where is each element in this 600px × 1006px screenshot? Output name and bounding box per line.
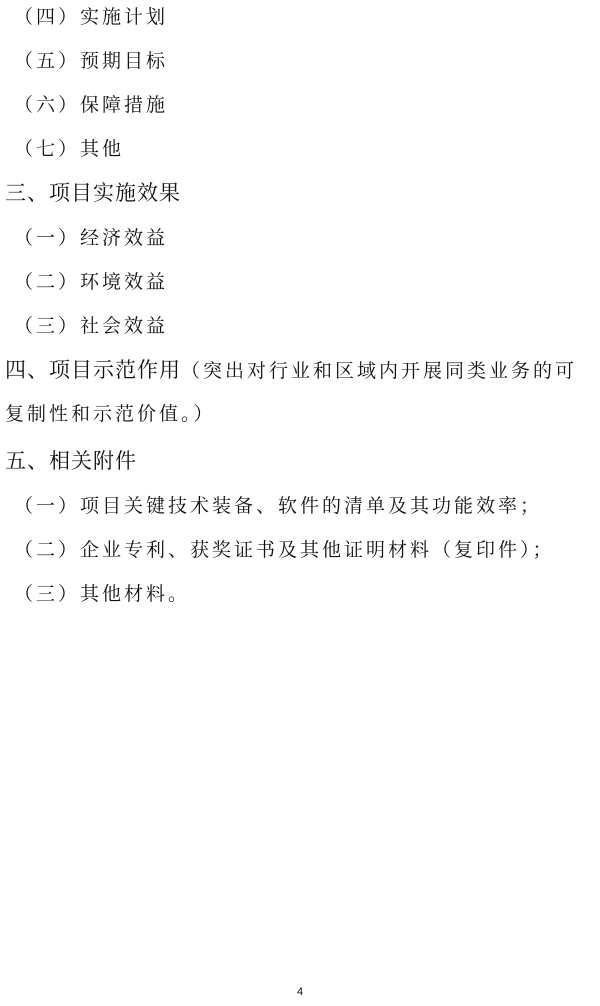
section-heading-attachments: 五、相关附件 [5, 449, 137, 473]
subsection-safeguards: （六）保障措施 [14, 93, 168, 117]
section-heading-note: （突出对行业和区域内开展同类业务的可 [181, 360, 577, 382]
attachment-item-equipment-list: （一）项目关键技术装备、软件的清单及其功能效率； [14, 494, 542, 518]
attachment-item-other-materials: （三）其他材料。 [14, 582, 190, 606]
section-heading-implementation-effects: 三、项目实施效果 [5, 181, 181, 205]
subsection-environmental-benefits: （二）环境效益 [14, 270, 168, 294]
section-heading-demonstration-role: 四、项目示范作用（突出对行业和区域内开展同类业务的可 [5, 358, 577, 383]
section-note-continuation: 复制性和示范价值。） [5, 402, 216, 426]
page-number: 4 [0, 986, 600, 998]
section-heading-text: 四、项目示范作用 [5, 358, 181, 382]
subsection-other: （七）其他 [14, 137, 124, 161]
attachment-item-patents-certificates: （二）企业专利、获奖证书及其他证明材料（复印件）； [14, 538, 555, 562]
subsection-implementation-plan: （四）实施计划 [14, 5, 168, 29]
subsection-economic-benefits: （一）经济效益 [14, 226, 168, 250]
subsection-expected-goals: （五）预期目标 [14, 49, 168, 73]
subsection-social-benefits: （三）社会效益 [14, 314, 168, 338]
